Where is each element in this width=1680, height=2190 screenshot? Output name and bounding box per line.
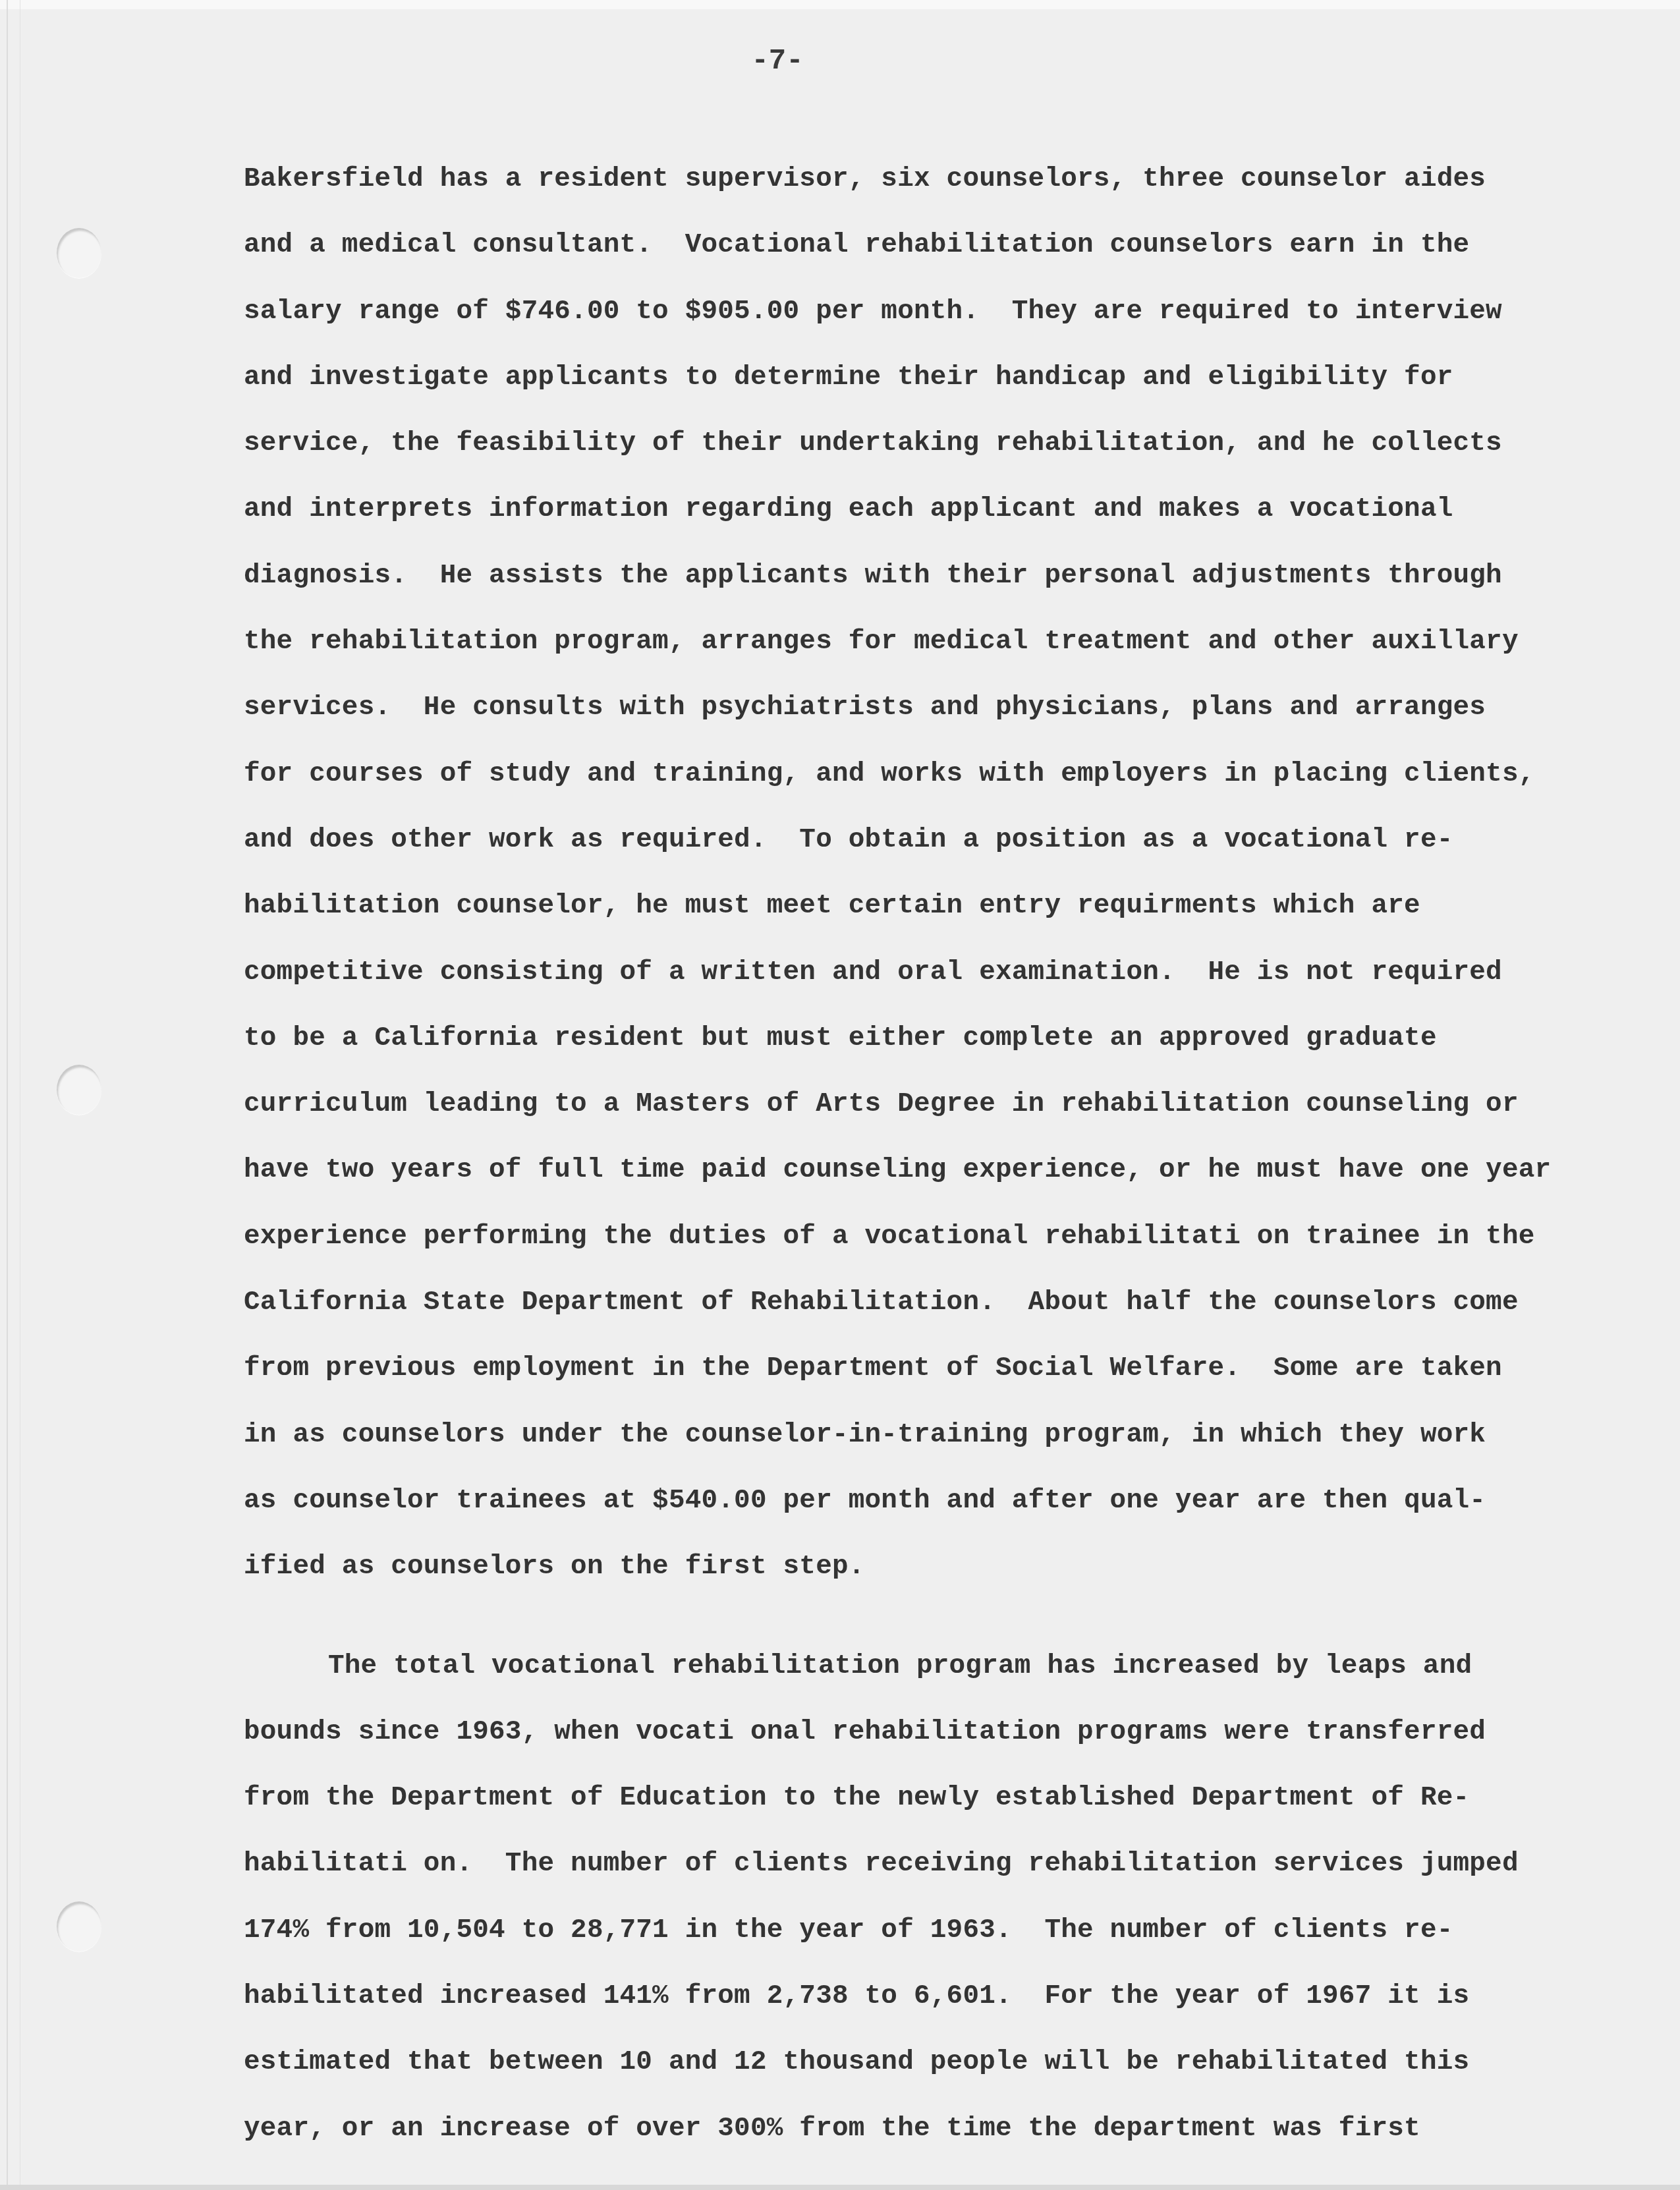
text-line: services. He consults with psychiatrists…: [244, 675, 1588, 741]
binder-margin-line: [20, 0, 20, 2190]
text-line: California State Department of Rehabilit…: [244, 1270, 1588, 1335]
text-line: as counselor trainees at $540.00 per mon…: [244, 1468, 1588, 1534]
text-line: to be a California resident but must eit…: [244, 1005, 1588, 1071]
binder-margin-line: [7, 0, 8, 2190]
text-line: curriculum leading to a Masters of Arts …: [244, 1071, 1588, 1137]
text-line: for courses of study and training, and w…: [244, 741, 1588, 807]
text-line: and does other work as required. To obta…: [244, 807, 1588, 873]
text-line: Bakersfield has a resident supervisor, s…: [244, 146, 1588, 212]
text-line: habilitation counselor, he must meet cer…: [244, 873, 1588, 939]
text-line: in as counselors under the counselor-in-…: [244, 1402, 1588, 1468]
text-line: and interprets information regarding eac…: [244, 476, 1588, 542]
text-line: year, or an increase of over 300% from t…: [244, 2096, 1588, 2162]
text-line: and investigate applicants to determine …: [244, 345, 1588, 410]
page-top-edge: [0, 0, 1680, 9]
punch-hole-icon: [57, 1901, 101, 1951]
text-line: diagnosis. He assists the applicants wit…: [244, 543, 1588, 609]
text-line: experience performing the duties of a vo…: [244, 1204, 1588, 1270]
text-line: from the Department of Education to the …: [244, 1765, 1588, 1831]
document-page: -7- Bakersfield has a resident superviso…: [0, 0, 1680, 2190]
page-bottom-edge: [0, 2185, 1680, 2190]
punch-hole-icon: [57, 228, 101, 278]
paragraph-2: The total vocational rehabilitation prog…: [244, 1633, 1588, 2162]
text-line: habilitated increased 141% from 2,738 to…: [244, 1963, 1588, 2029]
paragraph-gap: [244, 1600, 1588, 1633]
text-line: service, the feasibility of their undert…: [244, 410, 1588, 476]
page-number: -7-: [744, 45, 810, 78]
text-line: 174% from 10,504 to 28,771 in the year o…: [244, 1897, 1588, 1963]
text-line: from previous employment in the Departme…: [244, 1335, 1588, 1401]
text-line: competitive consisting of a written and …: [244, 940, 1588, 1005]
text-line: The total vocational rehabilitation prog…: [244, 1633, 1588, 1699]
text-line: salary range of $746.00 to $905.00 per m…: [244, 279, 1588, 345]
text-line: the rehabilitation program, arranges for…: [244, 609, 1588, 675]
text-line: ified as counselors on the first step.: [244, 1534, 1588, 1600]
paragraph-1: Bakersfield has a resident supervisor, s…: [244, 146, 1588, 1600]
body-text: Bakersfield has a resident supervisor, s…: [244, 146, 1588, 2162]
text-line: bounds since 1963, when vocati onal reha…: [244, 1699, 1588, 1765]
text-line: estimated that between 10 and 12 thousan…: [244, 2029, 1588, 2095]
punch-hole-icon: [57, 1065, 101, 1115]
text-line: and a medical consultant. Vocational reh…: [244, 212, 1588, 278]
text-line: habilitati on. The number of clients rec…: [244, 1831, 1588, 1897]
text-line: have two years of full time paid counsel…: [244, 1137, 1588, 1203]
